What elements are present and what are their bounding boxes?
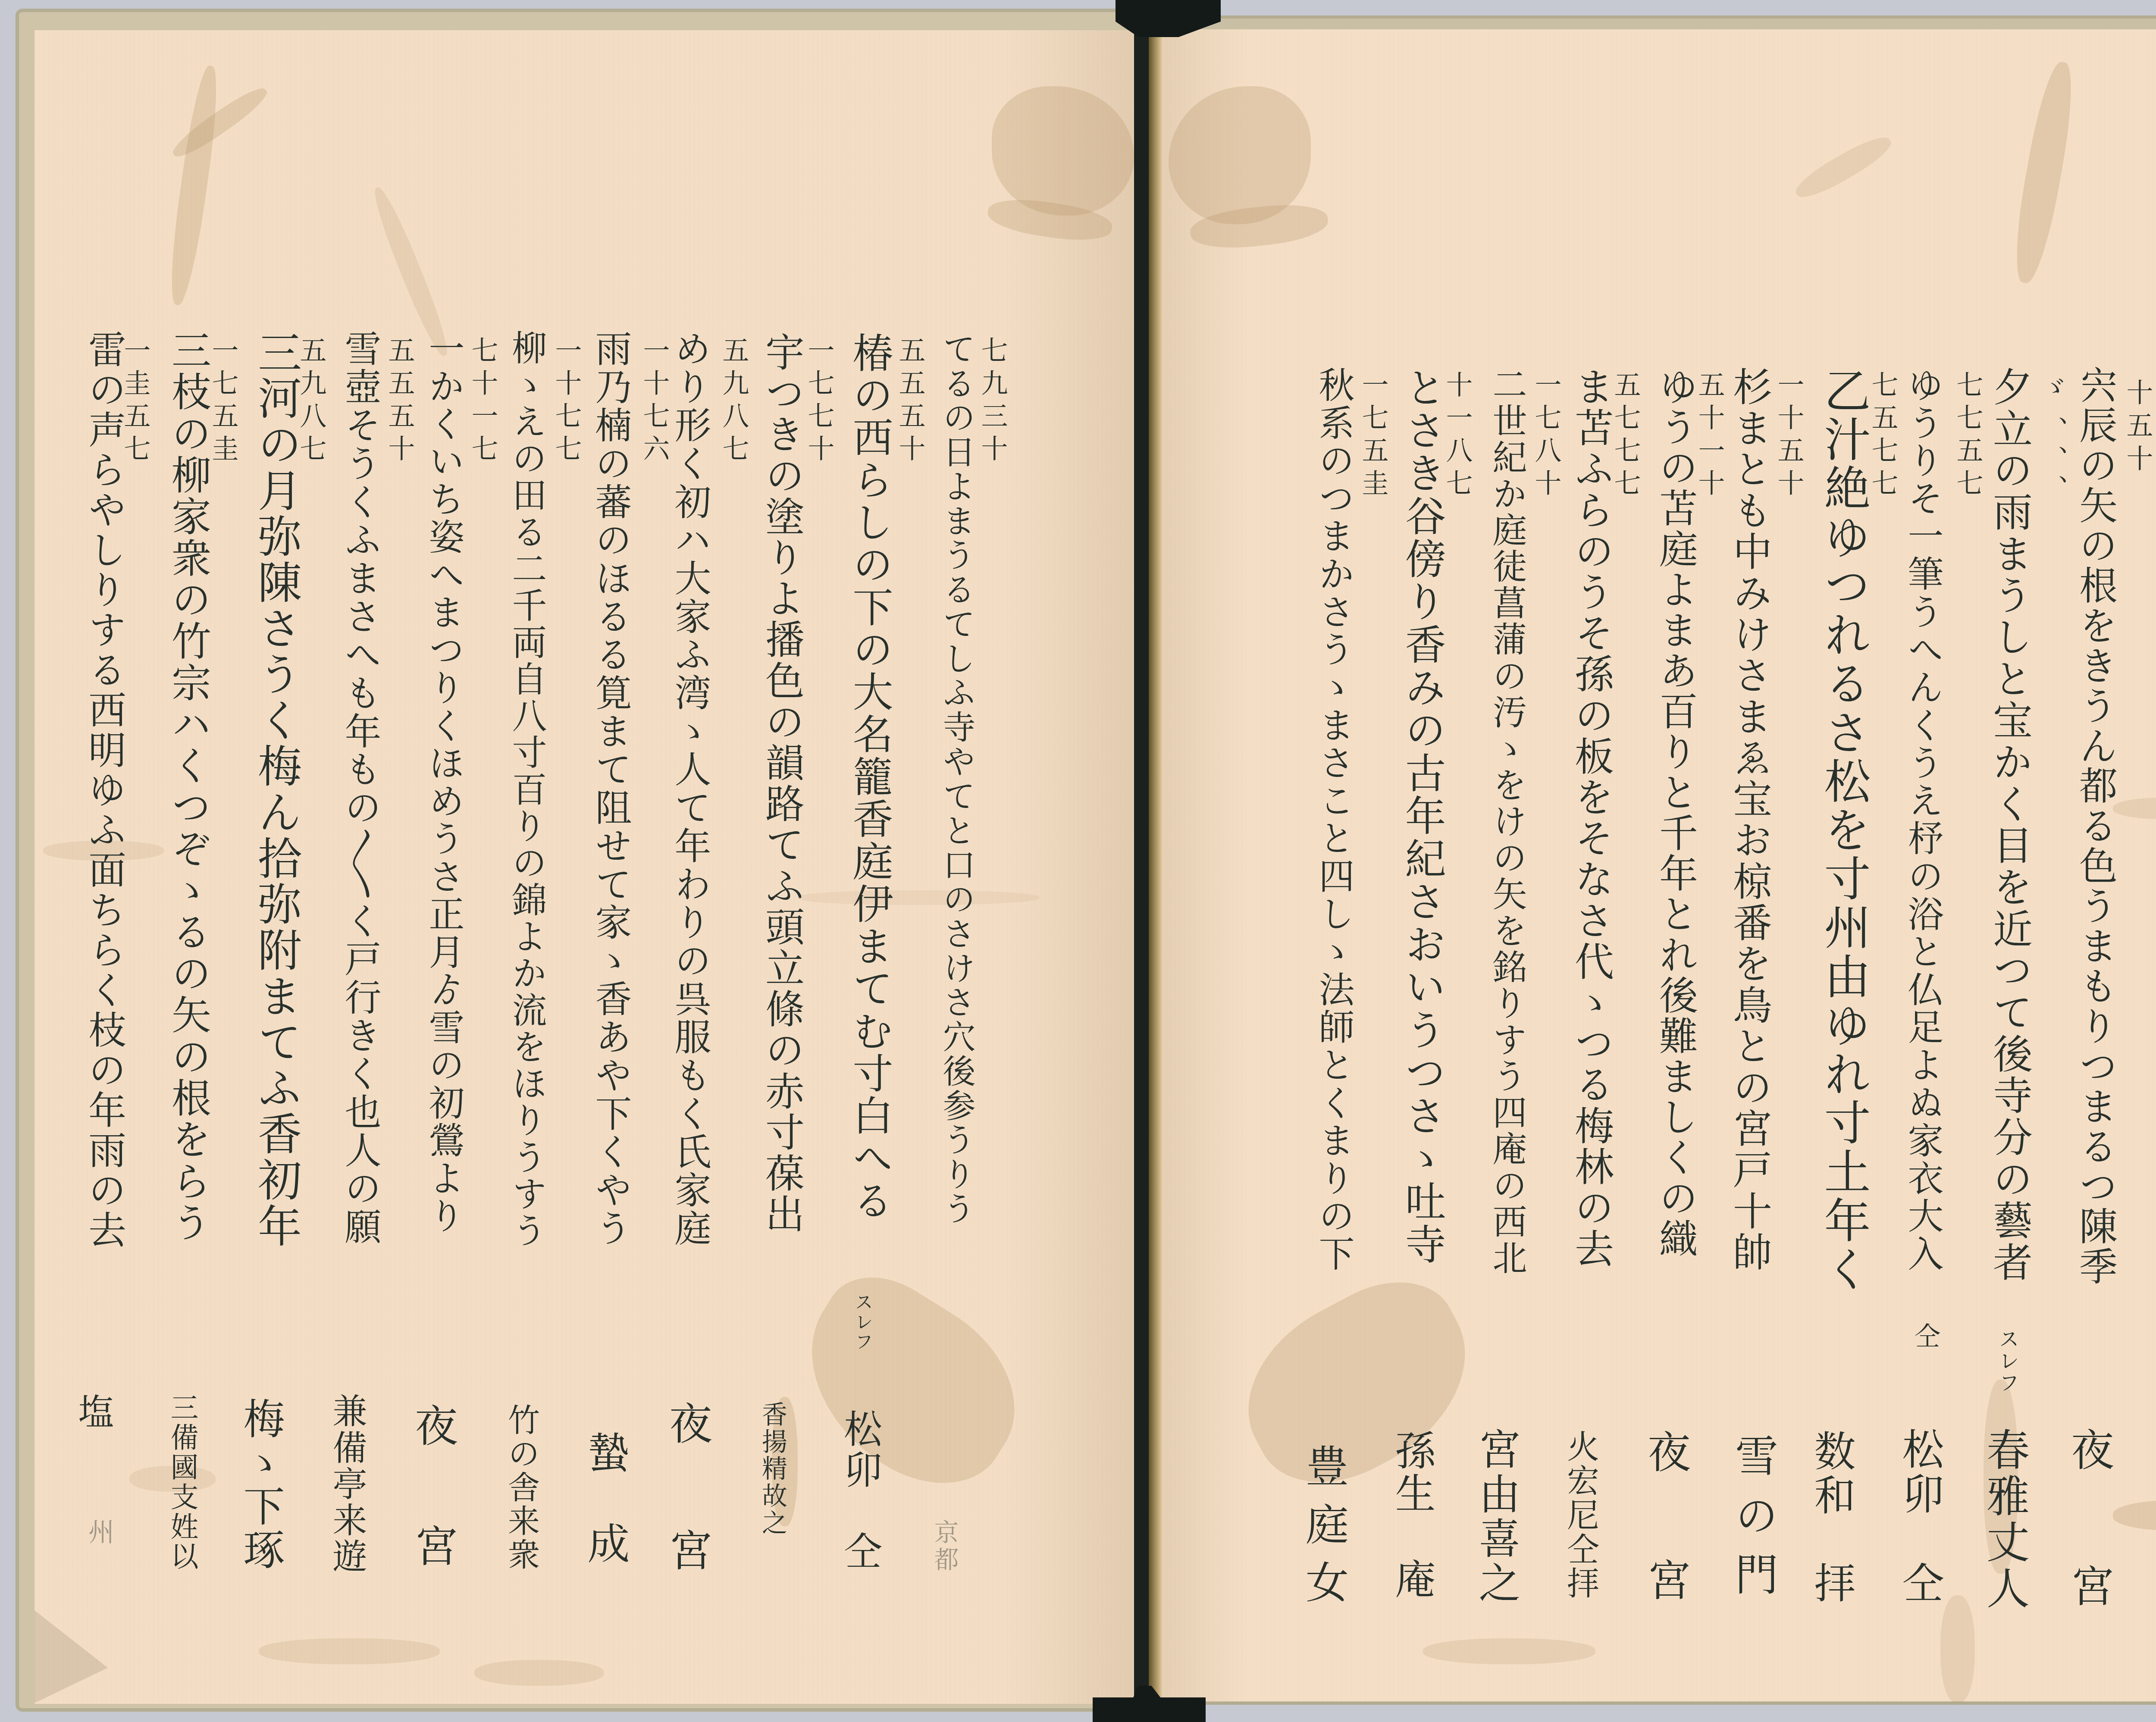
verse-line: てるの日よまうるてしふ寺やてと口のさけさ穴後参うりう [928, 332, 984, 1224]
verse-number: 七七五七 [1952, 371, 1983, 496]
poet-signature: 数和 拝 [1806, 1430, 1858, 1603]
verse-line: 杉まとも中みけさまゑ宝お椋番を鳥との宮戸十帥 [1721, 366, 1777, 1271]
verse-line: とさき谷傍り香みの古年紀さおいうつさゝ吐寺 [1394, 366, 1450, 1264]
poet-signature: 夜 宮 [661, 1401, 713, 1571]
verse-number: 五五五十 [384, 336, 414, 461]
verse-number: 五五五十 [895, 336, 925, 461]
verse-number: 一十七七 [551, 336, 581, 461]
verse-line: 雨乃楠の蕃のほるる筧まて阻せて家ゝ香あや下くやう [582, 330, 638, 1246]
spine-shadow [1149, 17, 1163, 1707]
verse-line: 一かくいち姿へまつりくほめうさ正月ゟ雪の初鶯より [415, 330, 471, 1233]
water-stain [259, 1638, 440, 1664]
poet-signature: 雪の門 [1727, 1434, 1779, 1595]
verse-number: 一七七十 [804, 336, 834, 461]
poet-signature: 香揚精故之 [746, 1401, 798, 1535]
water-stain [1423, 1638, 1595, 1664]
verse-number: 五九八七 [718, 336, 749, 461]
poet-signature: 夜 宮 [2063, 1428, 2115, 1607]
spine-gutter [1134, 17, 1149, 1707]
water-stain [1940, 1595, 1975, 1703]
poet-signature: 松卯 仝 [834, 1409, 886, 1569]
verse-line: 宇つきの塗りよ播色の韻路てふ頭立條の赤寸葆出 [753, 332, 809, 1233]
verse-line: 三河の月弥陳さうく梅ん拾弥附まてふ香初年 [248, 330, 304, 1247]
verse-line: ま苫ふらのうそ孫の板をそなさ代ゝつる梅林の去 [1563, 366, 1619, 1268]
verse-line: 秋系のつまかさうゝまさこと四しゝ法師とくまりの下 [1305, 366, 1361, 1271]
verse-number: 五十一十 [1694, 371, 1724, 496]
poet-signature: 宮由喜之 [1470, 1428, 1522, 1603]
poet-signature: 兼備亭来遊 [321, 1393, 373, 1573]
verse-number: 一七八十 [1531, 371, 1561, 496]
annotation-faded: 州 [84, 1518, 114, 1552]
poet-signature-faded: 其綾古居 [2148, 1428, 2156, 1605]
verse-number: 一圭五七 [120, 336, 150, 461]
poet-signature: 梅ゝ下琢 [235, 1397, 287, 1570]
poet-signature: 竹の舎来衆 [495, 1403, 547, 1570]
verse-line: 雷の声らやしりする西明ゆふ面ちらく枝の年雨の去 [76, 330, 132, 1248]
annotation-sure: スレフ [848, 1293, 878, 1350]
annotation-sure: スレフ [1992, 1328, 2022, 1393]
verse-number: 十一八七 [1442, 371, 1472, 496]
water-stain [474, 1660, 604, 1686]
poet-signature: 夜 宮 [407, 1403, 458, 1567]
verse-number: 七十一七 [467, 336, 498, 461]
verse-number: 五七七七 [1610, 371, 1640, 496]
poet-signature: 塩 [67, 1393, 119, 1431]
verse-line: 二世紀か庭徒菖蒲の汚ゝをけの矢を銘りすう四庵の西北 [1479, 366, 1535, 1274]
verse-line: 夕立の雨まうしと宝かく目を近つて後寺分の藝者 [1981, 366, 2037, 1281]
verse-line: ゆうりそ一筆うへんくうえ杼の浴と仏足よぬ家衣大入 [1894, 366, 1950, 1271]
poet-signature: 豊庭女 [1297, 1444, 1349, 1603]
verse-number: 一七五圭 [208, 336, 238, 461]
verse-number: 一十五十 [1774, 371, 1804, 496]
verse-line: 雪壺そうくふまさへも年もの〳〵く戸行きく也人の願 [332, 330, 388, 1246]
verse-line: 乙汁絶ゆつれるさ松を寸州由ゆれ寸土年く [1815, 366, 1871, 1292]
verse-line: ゆうの苫庭よまあ百りと千年とれ後難ましくの織 [1647, 366, 1703, 1257]
poet-signature: 夜 宮 [1639, 1430, 1691, 1601]
verse-number: 一十七六 [639, 336, 669, 461]
poet-signature: 孫生 庵 [1385, 1430, 1437, 1599]
iteration-marks: ゞ、、、 [2037, 374, 2068, 501]
verse-line: 宍辰の矢の根をきうん都る色うまもりつまるつ陳季 [2068, 365, 2124, 1285]
verse-number: 七五七七 [1868, 371, 1898, 496]
annotation-faded: 京都 [929, 1519, 959, 1571]
verse-number: 七九三十 [977, 336, 1007, 461]
poet-signature: 蟄 成 [579, 1431, 631, 1564]
poet-signature: 春雅丈人 [1978, 1428, 2030, 1609]
verse-number: 十五十 [2122, 379, 2153, 471]
annotation-ditto: 仝 [1910, 1322, 1940, 1355]
verse-line: 椿の西らしの下の大名籠香庭伊まてむ寸白へる [841, 332, 897, 1220]
verse-number: 五九八七 [296, 336, 326, 461]
poet-signature: 三備國支姓以 [156, 1393, 207, 1570]
poet-signature: 松卯 仝 [1893, 1428, 1945, 1603]
water-stain [798, 890, 1039, 905]
verse-line: 柳ゝえの田る二千両自八寸百りの錦よか流をほりうすう [498, 330, 555, 1247]
verse-line: 三枝の柳家衆の竹宗ハくつぞゝるの矢の根をらう [160, 330, 216, 1242]
poet-signature: 火宏尼仝拝 [1555, 1430, 1607, 1599]
verse-line: めり形く初ハ大家ふ湾ゝ人て年わりの呉服もく氏家庭 [661, 330, 718, 1246]
verse-number: 一七五圭 [1358, 371, 1388, 496]
